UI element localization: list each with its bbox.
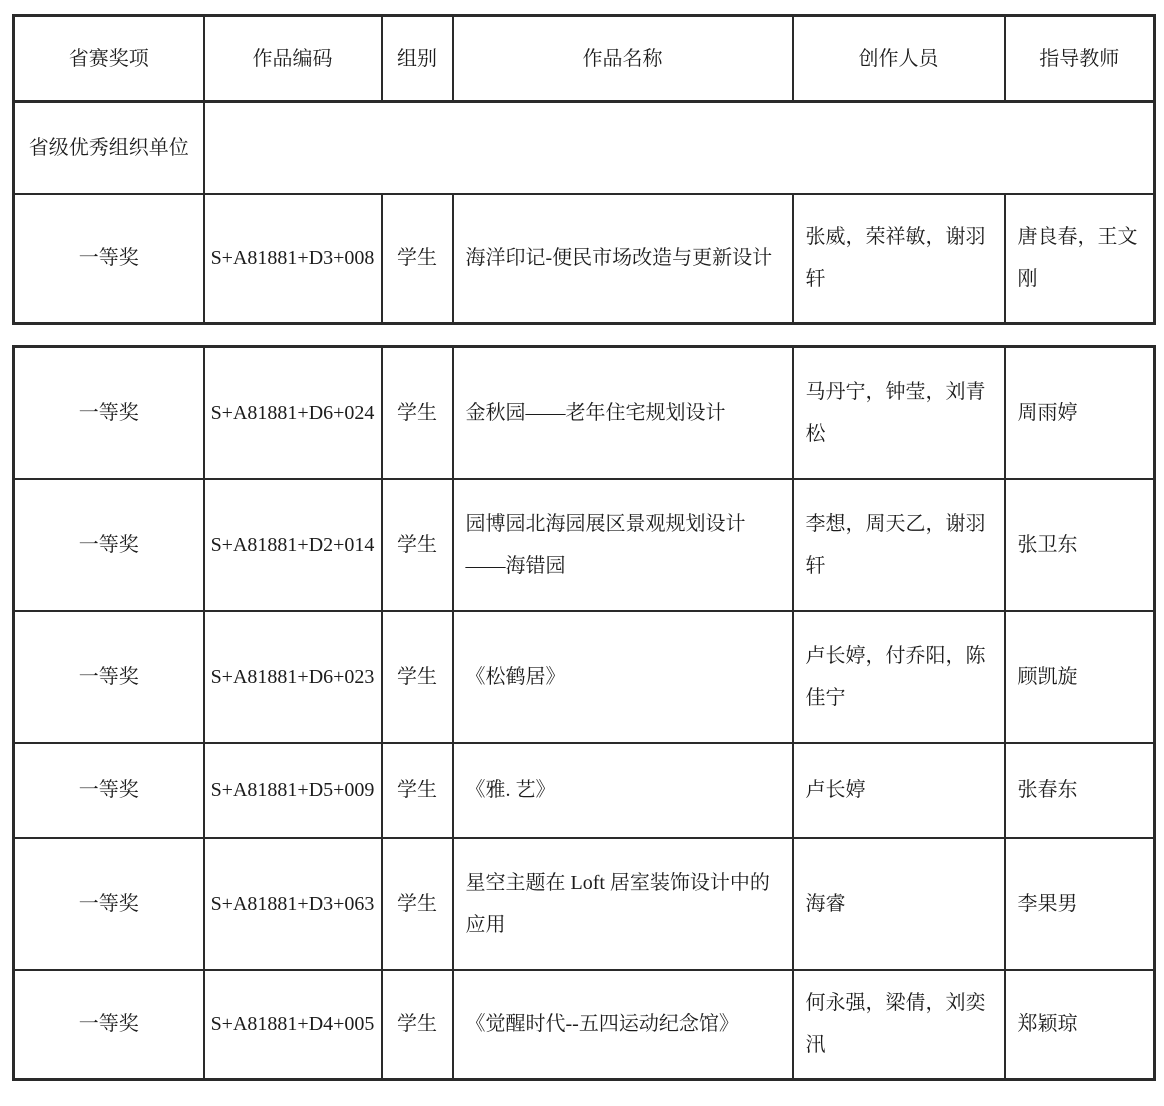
- award-table-top: 省赛奖项 作品编码 组别 作品名称 创作人员 指导教师 省级优秀组织单位 一等奖…: [12, 14, 1156, 325]
- column-header-teachers: 指导教师: [1005, 16, 1155, 102]
- group-cell: 学生: [382, 611, 453, 743]
- table-row: 一等奖 S+A81881+D6+024 学生 金秋园——老年住宅规划设计 马丹宁…: [14, 347, 1155, 479]
- code-cell: S+A81881+D5+009: [204, 743, 382, 838]
- teachers-cell: 周雨婷: [1005, 347, 1155, 479]
- award-cell: 一等奖: [14, 611, 204, 743]
- creators-cell: 海睿: [793, 838, 1005, 970]
- group-cell: 学生: [382, 347, 453, 479]
- title-cell: 星空主题在 Loft 居室装饰设计中的应用: [453, 838, 793, 970]
- teachers-cell: 唐良春，王文刚: [1005, 194, 1155, 324]
- creators-cell: 张威，荣祥敏，谢羽轩: [793, 194, 1005, 324]
- teachers-cell: 郑颖琼: [1005, 970, 1155, 1080]
- award-cell: 一等奖: [14, 970, 204, 1080]
- creators-cell: 何永强，梁倩，刘奕汛: [793, 970, 1005, 1080]
- code-cell: S+A81881+D6+023: [204, 611, 382, 743]
- code-cell: S+A81881+D4+005: [204, 970, 382, 1080]
- teachers-cell: 张春东: [1005, 743, 1155, 838]
- table-row: 一等奖 S+A81881+D4+005 学生 《觉醒时代--五四运动纪念馆》 何…: [14, 970, 1155, 1080]
- org-unit-row: 省级优秀组织单位: [14, 102, 1155, 194]
- title-cell: 《松鹤居》: [453, 611, 793, 743]
- table-row: 一等奖 S+A81881+D3+008 学生 海洋印记-便民市场改造与更新设计 …: [14, 194, 1155, 324]
- code-cell: S+A81881+D6+024: [204, 347, 382, 479]
- column-header-title: 作品名称: [453, 16, 793, 102]
- code-cell: S+A81881+D2+014: [204, 479, 382, 611]
- title-cell: 海洋印记-便民市场改造与更新设计: [453, 194, 793, 324]
- org-unit-label-cell: 省级优秀组织单位: [14, 102, 204, 194]
- table-header-row: 省赛奖项 作品编码 组别 作品名称 创作人员 指导教师: [14, 16, 1155, 102]
- creators-cell: 卢长婷，付乔阳，陈佳宁: [793, 611, 1005, 743]
- table-row: 一等奖 S+A81881+D6+023 学生 《松鹤居》 卢长婷，付乔阳，陈佳宁…: [14, 611, 1155, 743]
- document-page: 省赛奖项 作品编码 组别 作品名称 创作人员 指导教师 省级优秀组织单位 一等奖…: [0, 0, 1164, 1081]
- column-header-code: 作品编码: [204, 16, 382, 102]
- award-table-bottom: 一等奖 S+A81881+D6+024 学生 金秋园——老年住宅规划设计 马丹宁…: [12, 345, 1156, 1081]
- column-header-creators: 创作人员: [793, 16, 1005, 102]
- table-row: 一等奖 S+A81881+D2+014 学生 园博园北海园展区景观规划设计——海…: [14, 479, 1155, 611]
- table-row: 一等奖 S+A81881+D3+063 学生 星空主题在 Loft 居室装饰设计…: [14, 838, 1155, 970]
- creators-cell: 马丹宁，钟莹，刘青松: [793, 347, 1005, 479]
- code-cell: S+A81881+D3+063: [204, 838, 382, 970]
- creators-cell: 卢长婷: [793, 743, 1005, 838]
- title-cell: 《觉醒时代--五四运动纪念馆》: [453, 970, 793, 1080]
- award-cell: 一等奖: [14, 479, 204, 611]
- award-cell: 一等奖: [14, 194, 204, 324]
- award-cell: 一等奖: [14, 743, 204, 838]
- teachers-cell: 顾凯旋: [1005, 611, 1155, 743]
- creators-cell: 李想，周天乙，谢羽轩: [793, 479, 1005, 611]
- title-cell: 园博园北海园展区景观规划设计——海错园: [453, 479, 793, 611]
- group-cell: 学生: [382, 743, 453, 838]
- org-unit-empty-cell: [204, 102, 1155, 194]
- group-cell: 学生: [382, 194, 453, 324]
- group-cell: 学生: [382, 479, 453, 611]
- award-cell: 一等奖: [14, 838, 204, 970]
- column-header-award: 省赛奖项: [14, 16, 204, 102]
- title-cell: 《雅. 艺》: [453, 743, 793, 838]
- group-cell: 学生: [382, 838, 453, 970]
- teachers-cell: 张卫东: [1005, 479, 1155, 611]
- table-row: 一等奖 S+A81881+D5+009 学生 《雅. 艺》 卢长婷 张春东: [14, 743, 1155, 838]
- column-header-group: 组别: [382, 16, 453, 102]
- teachers-cell: 李果男: [1005, 838, 1155, 970]
- group-cell: 学生: [382, 970, 453, 1080]
- code-cell: S+A81881+D3+008: [204, 194, 382, 324]
- award-cell: 一等奖: [14, 347, 204, 479]
- title-cell: 金秋园——老年住宅规划设计: [453, 347, 793, 479]
